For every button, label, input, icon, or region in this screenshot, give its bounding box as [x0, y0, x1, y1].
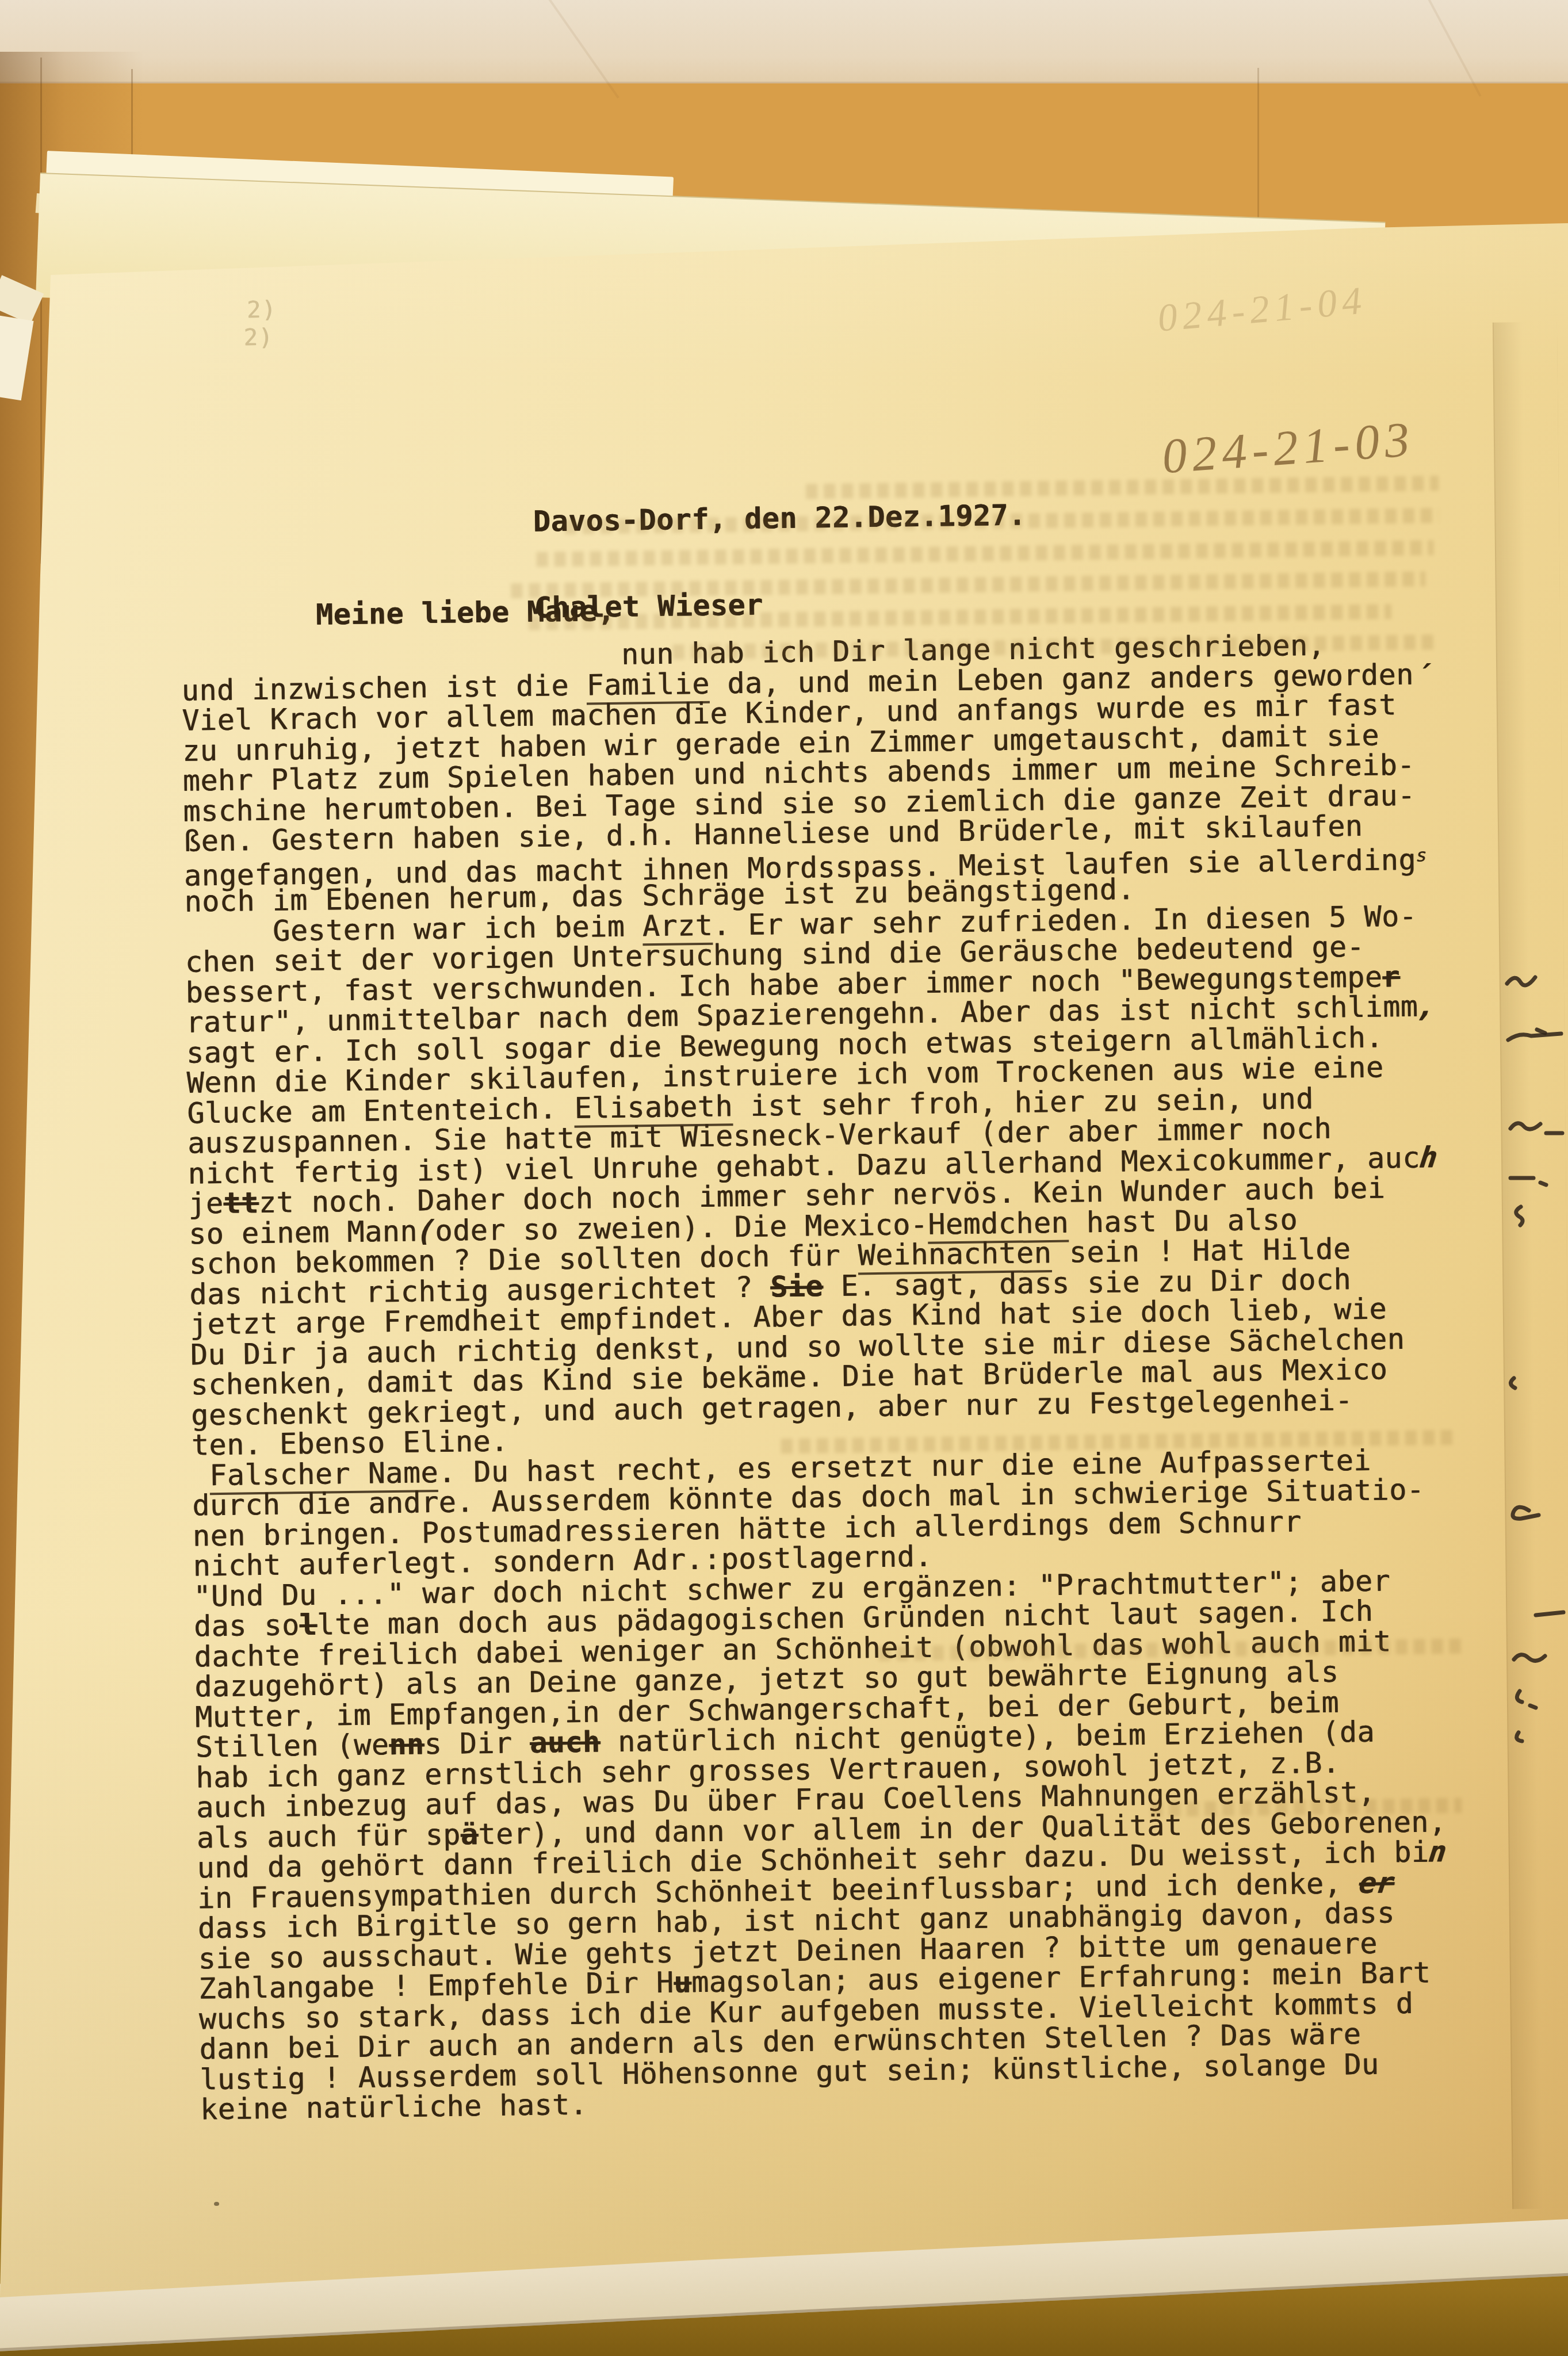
margin-mark: [1510, 1123, 1540, 1129]
photo-of-typewritten-letter: { "colors":{"ink":"#342512","paper":"#f3…: [0, 0, 1568, 2356]
typed-text-layer: Davos-Dorf, den 22.Dez.1927. Chalet Wies…: [0, 0, 1568, 2356]
margin-mark: [1516, 1207, 1523, 1225]
margin-mark: [1514, 1655, 1545, 1661]
margin-mark: [1537, 1030, 1545, 1033]
margin-mark: [1510, 1378, 1515, 1388]
letter-body: nun hab ich Dir lange nicht geschrieben,…: [181, 629, 1450, 2125]
margin-mark: [1513, 1507, 1539, 1519]
margin-mark: [1507, 977, 1535, 985]
margin-ink-marks: [1450, 943, 1568, 1783]
margin-mark: [1517, 1691, 1536, 1708]
margin-mark: [1510, 1178, 1546, 1185]
ghost-page-number: 2): [247, 296, 277, 323]
margin-mark: [1508, 1034, 1561, 1040]
ghost-page-number: 2): [243, 324, 274, 351]
margin-mark: [1536, 1612, 1563, 1615]
margin-mark: [1517, 1732, 1522, 1741]
